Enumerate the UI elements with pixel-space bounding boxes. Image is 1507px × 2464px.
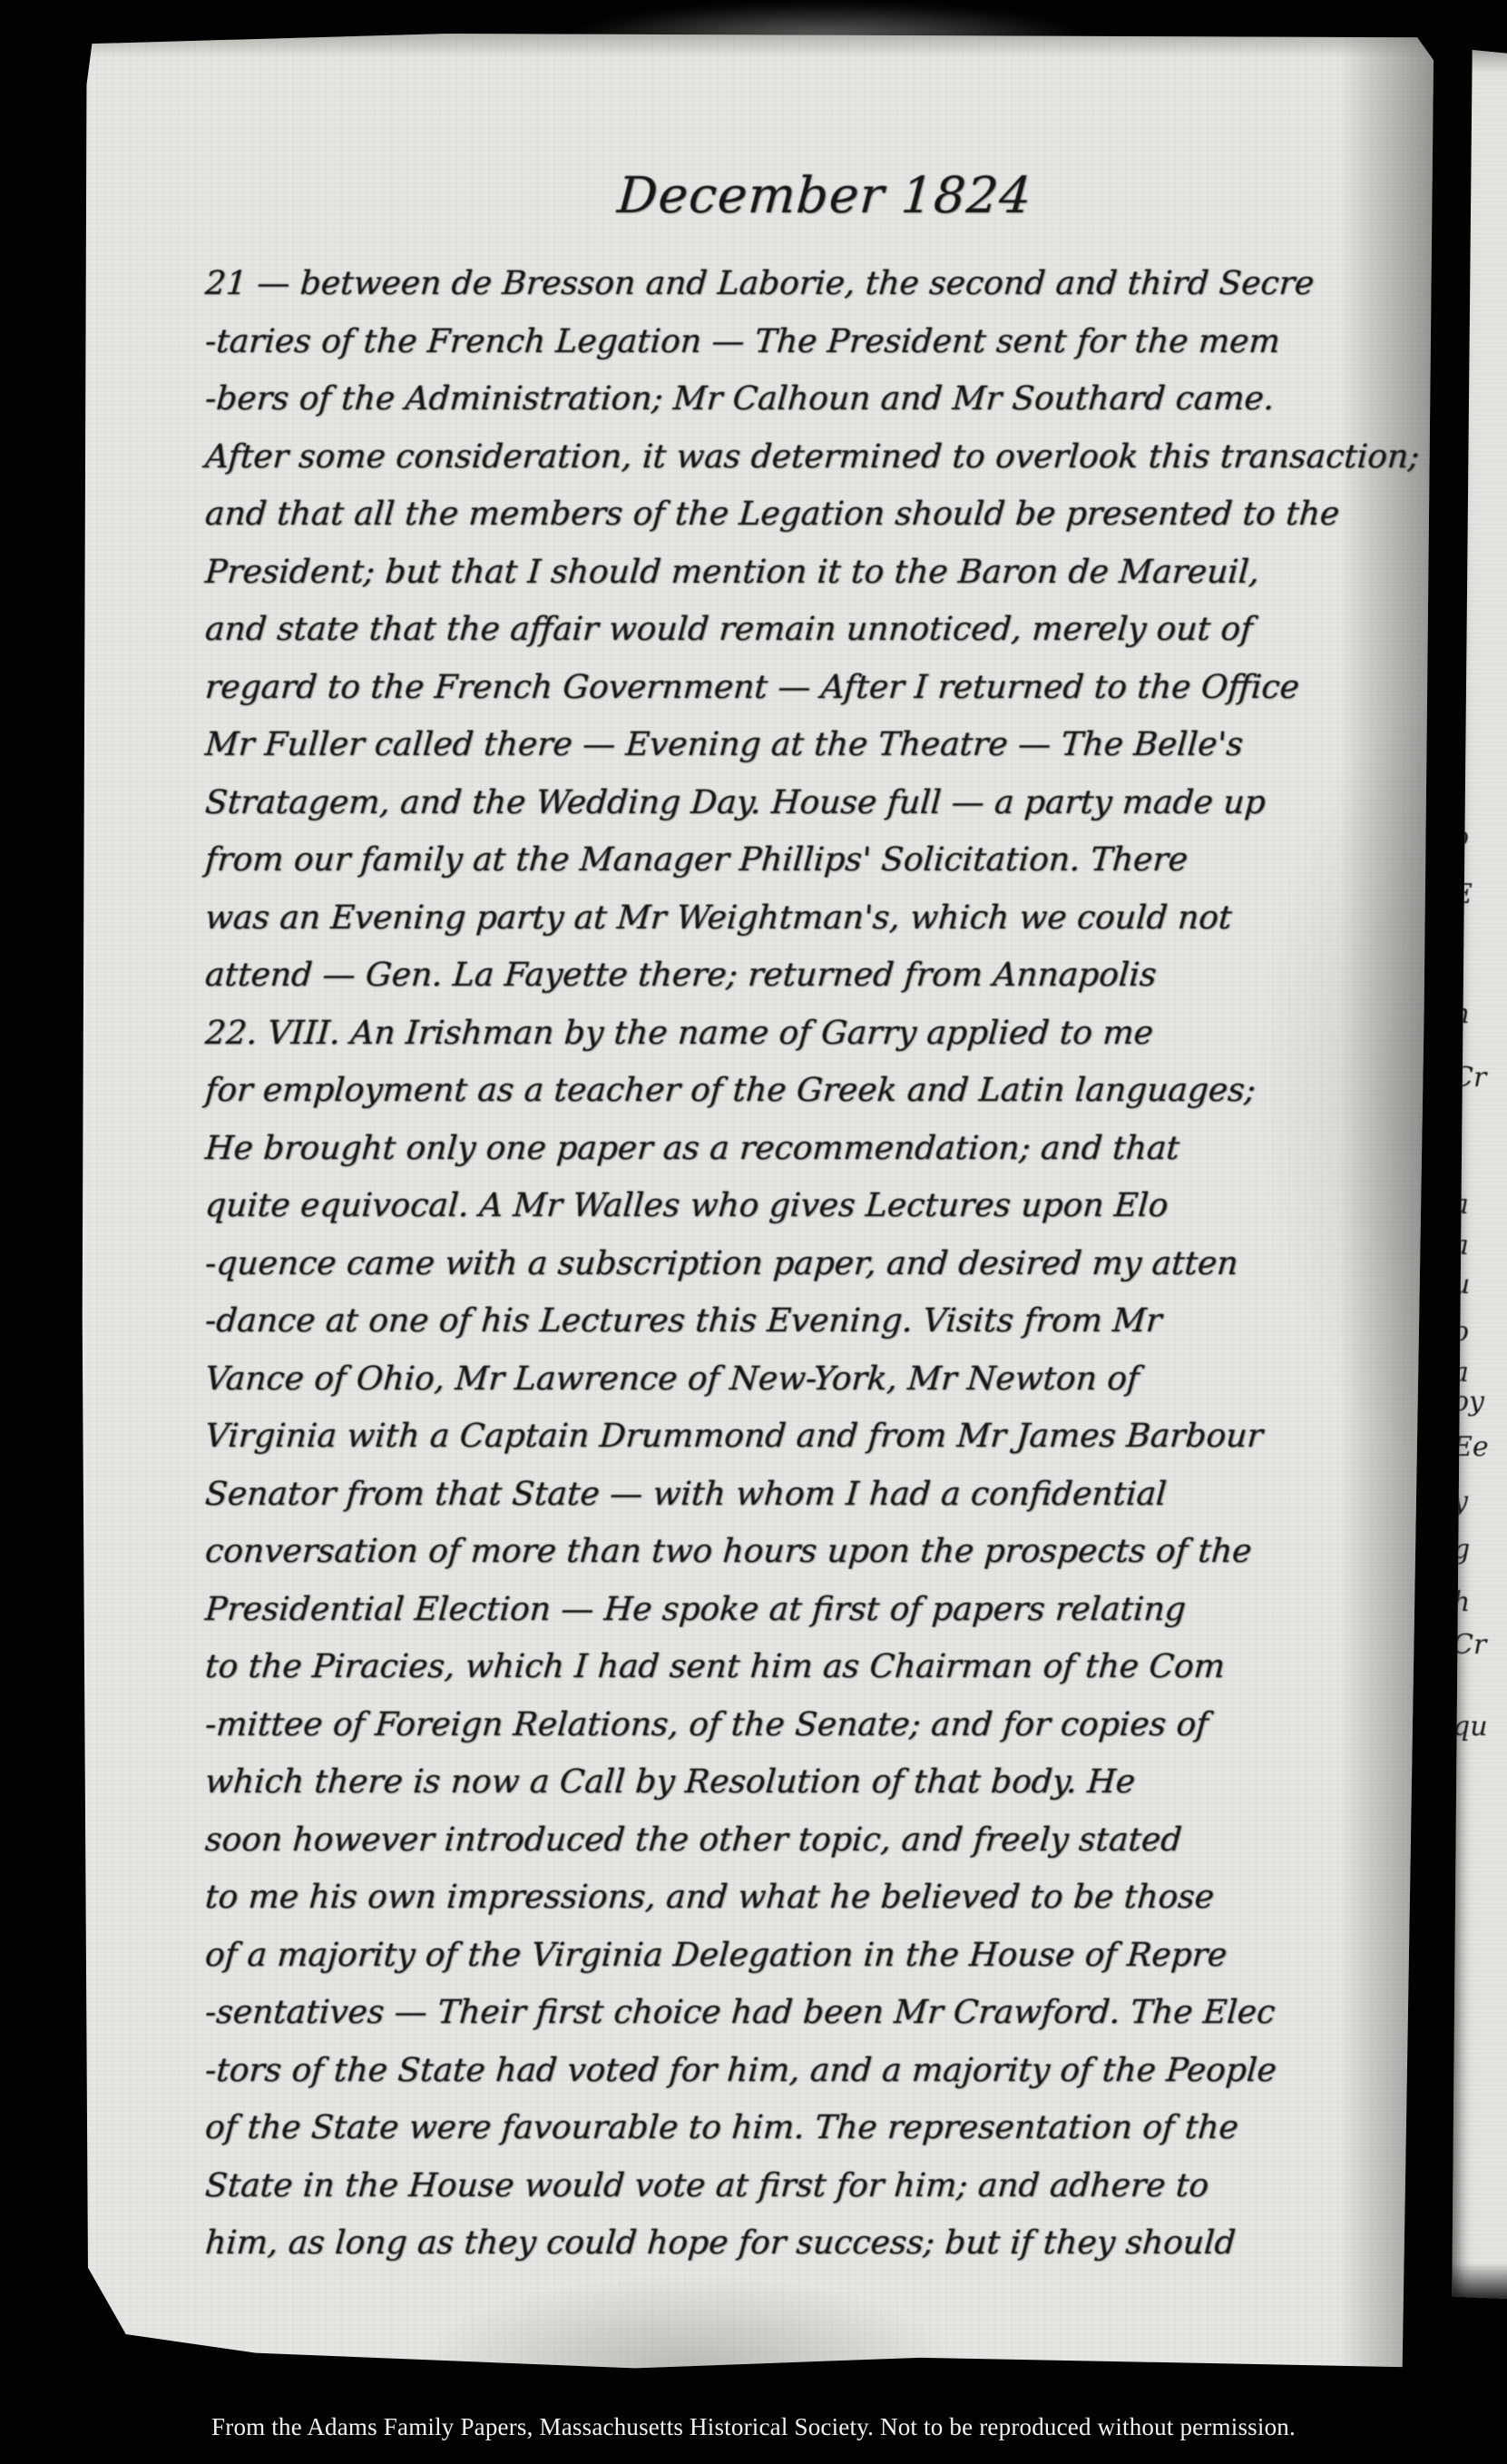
facing-page-edge: oEIhCraauoaoyEeyghCrqu [1447,50,1507,2299]
manuscript-line: conversation of more than two hours upon… [203,1523,1359,1581]
handwriting-fragment: o [1453,1316,1469,1348]
manuscript-line: He brought only one paper as a recommend… [203,1120,1359,1178]
handwriting-fragment: u [1453,1269,1470,1301]
entry-month-heading: December 1824 [201,163,1358,227]
manuscript-line: Vance of Ohio, Mr Lawrence of New-York, … [203,1350,1359,1409]
manuscript-line: quite equivocal. A Mr Walles who gives L… [203,1177,1359,1235]
manuscript-line: Mr Fuller called there — Evening at the … [203,716,1359,774]
manuscript-line: Virginia with a Captain Drummond and fro… [203,1408,1359,1466]
manuscript-line: Presidential Election — He spoke at firs… [203,1581,1359,1639]
handwriting-fragment: Cr [1453,1629,1486,1661]
manuscript-line: Stratagem, and the Wedding Day. House fu… [203,774,1359,832]
handwriting-fragment: E [1453,879,1473,910]
manuscript-line: 22. VIII. An Irishman by the name of Gar… [203,1005,1359,1063]
manuscript-line: -sentatives — Their first choice had bee… [203,1984,1359,2042]
handwriting-fragment: h [1453,1586,1470,1618]
handwriting-fragment: Ee [1453,1431,1489,1463]
manuscript-line: -mittee of Foreign Relations, of the Sen… [203,1696,1359,1754]
handwriting-fragment: g [1453,1534,1470,1566]
manuscript-line: Senator from that State — with whom I ha… [203,1466,1359,1524]
handwriting-fragment: o [1453,821,1469,853]
manuscript-line: After some consideration, it was determi… [203,428,1359,486]
archive-credit-line: From the Adams Family Papers, Massachuse… [0,2413,1507,2441]
manuscript-line: of the State were favourable to him. The… [203,2099,1359,2157]
handwriting-fragment: qu [1453,1711,1488,1742]
manuscript-line: regard to the French Government — After … [203,659,1359,717]
manuscript-line: -quence came with a subscription paper, … [203,1235,1359,1293]
manuscript-line: of a majority of the Virginia Delegation… [203,1927,1359,1985]
manuscript-line: State in the House would vote at first f… [203,2157,1359,2215]
manuscript-lines: 21 — between de Bresson and Laborie, the… [203,255,1355,2273]
manuscript-line: President; but that I should mention it … [203,544,1359,602]
manuscript-line: for employment as a teacher of the Greek… [203,1062,1359,1120]
manuscript-line: him, as long as they could hope for succ… [203,2214,1359,2273]
manuscript-line: was an Evening party at Mr Weightman's, … [203,889,1359,947]
manuscript-line: to me his own impressions, and what he b… [203,1869,1359,1927]
handwriting-fragment: a [1453,1230,1469,1261]
manuscript-line: soon however introduced the other topic,… [203,1811,1359,1870]
handwriting-fragment: Cr [1453,1062,1486,1094]
handwriting-fragment: y [1453,1486,1468,1517]
manuscript-text-block: December 1824 21 — between de Bresson an… [203,163,1355,2273]
handwriting-fragment: a [1453,1357,1469,1389]
handwriting-fragment: I [1453,939,1463,971]
manuscript-line: -tors of the State had voted for him, an… [203,2042,1359,2100]
handwriting-fragment: h [1453,998,1470,1030]
manuscript-line: -bers of the Administration; Mr Calhoun … [203,370,1359,428]
scanned-diary-image: December 1824 21 — between de Bresson an… [0,0,1507,2464]
handwriting-fragment: oy [1453,1386,1484,1418]
manuscript-line: 21 — between de Bresson and Laborie, the… [203,255,1359,313]
manuscript-line: -dance at one of his Lectures this Eveni… [203,1292,1359,1350]
handwriting-fragment: a [1453,1189,1469,1221]
manuscript-line: attend — Gen. La Fayette there; returned… [203,947,1359,1005]
manuscript-line: -taries of the French Legation — The Pre… [203,313,1359,371]
manuscript-line: which there is now a Call by Resolution … [203,1753,1359,1811]
manuscript-line: from our family at the Manager Phillips'… [203,831,1359,889]
diary-page: December 1824 21 — between de Bresson an… [80,31,1434,2371]
manuscript-line: to the Piracies, which I had sent him as… [203,1638,1359,1696]
manuscript-line: and state that the affair would remain u… [203,601,1359,659]
scan-artifact-haze [494,0,1157,40]
manuscript-line: and that all the members of the Legation… [203,486,1359,544]
